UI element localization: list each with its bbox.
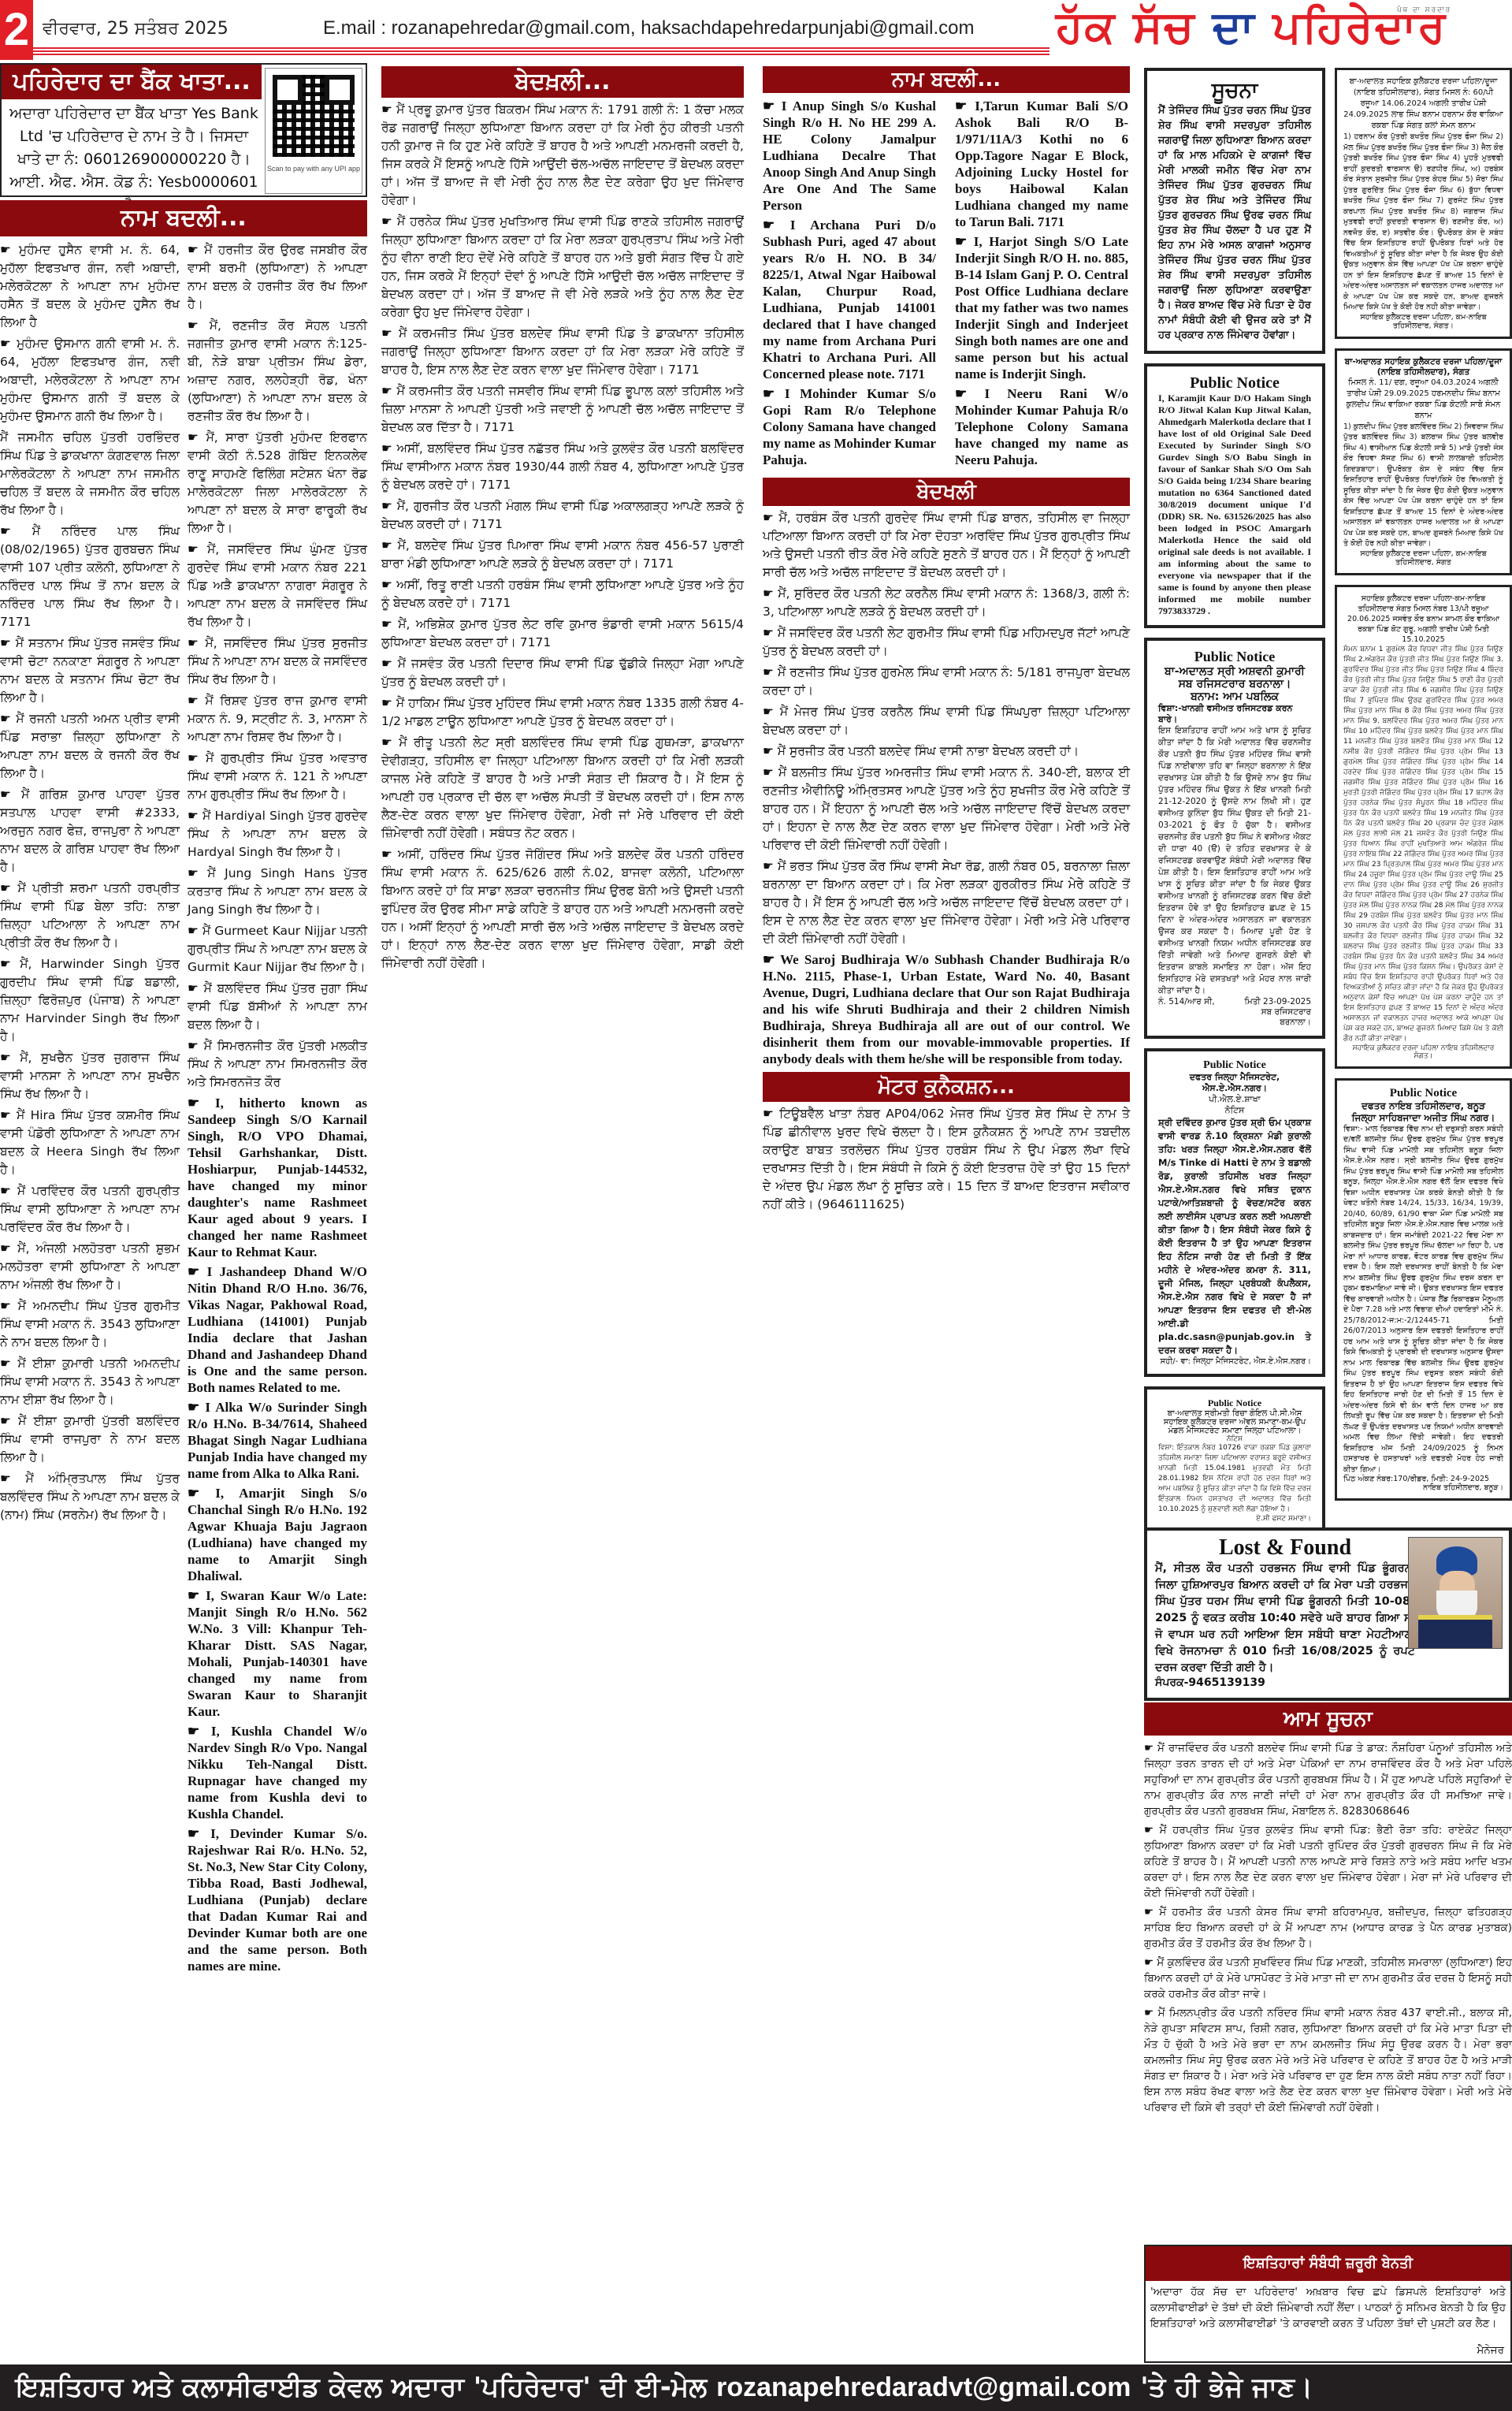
logo-text-2: ਦਾ <box>1213 2 1256 53</box>
list-item: I Archana Puri D/o Subhash Puri, aged 47… <box>763 217 936 382</box>
notice-label: ਨੋਟਿਸ <box>1158 1105 1311 1116</box>
footer-email-link[interactable]: rozanapehredaradvt@gmail.com <box>716 2372 1131 2402</box>
list-item: ਮੈਂ ਅੰਮ੍ਰਿਤਪਾਲ ਸਿੰਘ ਪੁੱਤਰ ਬਲਵਿੰਦਰ ਸਿੰਘ ਨ… <box>0 1470 180 1524</box>
list-item: I Alka W/o Surinder Singh R/o H.No. B-34… <box>188 1399 367 1482</box>
list-item: ਮੈਂ Hira ਸਿੰਘ ਪੁੱਤਰ ਕਸ਼ਮੀਰ ਸਿੰਘ ਵਾਸੀ ਪੰਡ… <box>0 1107 180 1179</box>
list-item: ਮੈਂ ਸਤਨਾਮ ਸਿੰਘ ਪੁੱਤਰ ਜਸਵੰਤ ਸਿੰਘ ਵਾਸੀ ਚੋਟ… <box>0 634 180 707</box>
signatory-title: ਸਬ ਰਜਿਸਟਰਾਰ <box>1158 1007 1311 1018</box>
notice-body: ਸ਼੍ਰੀ ਦਵਿੰਦਰ ਕੁਮਾਰ ਪੁੱਤਰ ਸ਼੍ਰੀ ਓਮ ਪ੍ਰਕਾਸ… <box>1158 1116 1311 1357</box>
suchna-text: ਮੈਂ ਤੇਜਿੰਦਰ ਸਿੰਘ ਪੁੱਤਰ ਚਰਨ ਸਿੰਘ ਪੁੱਤਰ ਸ਼… <box>1158 103 1311 343</box>
list-item: ਮੈਂ, ਅਭਿਸ਼ੇਕ ਕੁਮਾਰ ਪੁੱਤਰ ਲੇਟ ਰਵਿ ਕੁਮਾਰ ਭ… <box>381 616 744 652</box>
list-item: ਮੈਂ ਬਲਜੀਤ ਸਿੰਘ ਪੁੱਤਰ ਅਮਰਜੀਤ ਸਿੰਘ ਵਾਸੀ ਮਕ… <box>763 764 1130 854</box>
list-item: ਮੈਂ, ਹਰਬੰਸ ਕੌਰ ਪਤਨੀ ਗੁਰਦੇਵ ਸਿੰਘ ਵਾਸੀ ਪਿੰ… <box>763 509 1130 582</box>
list-item: ਅਸੀਂ, ਰਿਤੂ ਰਾਣੀ ਪਤਨੀ ਹਰਬੰਸ ਸਿੰਘ ਵਾਸੀ ਲੁਧ… <box>381 576 744 612</box>
name-change-list-left: ਮੁਹੰਮਦ ਹੁਸੈਨ ਵਾਸੀ ਮ. ਨੰ. 64, ਮੁਹੱਲਾ ਇਫਤਖ… <box>0 241 180 1978</box>
list-item: ਮੈਂ ਈਸ਼ਾ ਕੁਮਾਰੀ ਪਤਨੀ ਅਮਨਦੀਪ ਸਿੰਘ ਵਾਸੀ ਮਕ… <box>0 1355 180 1409</box>
court-summons-sangat-3: ਸਹਾਇਕ ਕੁਲੈਕਟਰ ਦਰਜਾ ਪਹਿਲਾ-ਕਮ-ਨਾਇਬ ਤਹਿਸੀਲਦ… <box>1335 585 1512 1069</box>
list-item: ਮੈਂ, ਗੁਰਜੀਤ ਕੌਰ ਪਤਨੀ ਮੰਗਲ ਸਿੰਘ ਵਾਸੀ ਪਿੰਡ… <box>381 497 744 534</box>
signatory: ਏ.ਸੀ ਫਸਟ ਸਮਾਣਾ। <box>1158 1515 1311 1523</box>
list-item: ਮੈਂ, ਜਸਵਿੰਦਰ ਸਿੰਘ ਪੁੱਤਰ ਸੁਰਜੀਤ ਸਿੰਘ ਨੇ ਆ… <box>188 634 367 689</box>
list-item: ਮੈਂ ਪਰਵਿੰਦਰ ਕੌਰ ਪਤਨੀ ਗੁਰਪ੍ਰੀਤ ਸਿੰਘ ਵਾਸੀ … <box>0 1182 180 1237</box>
list-item: ਮੈਂ ਅਮਨਦੀਪ ਸਿੰਘ ਪੁੱਤਰ ਗੁਰਮੀਤ ਸਿੰਘ ਵਾਸੀ ਮ… <box>0 1297 180 1352</box>
name-change-column: ਨਾਮ ਬਦਲੀ... ਮੁਹੰਮਦ ਹੁਸੈਨ ਵਾਸੀ ਮ. ਨੰ. 64,… <box>0 200 367 1978</box>
page-number: 2 <box>0 0 33 60</box>
list-item: ਮੈਂ Hardiyal Singh ਪੁੱਤਰ ਗੁਰਦੇਵ ਸਿੰਘ ਨੇ … <box>188 807 367 861</box>
section-header-name-change: ਨਾਮ ਬਦਲੀ... <box>0 200 367 236</box>
section-header-bedakhli: ਬੇਦਖ਼ਲੀ... <box>381 66 744 98</box>
court-summons-sangat-2: ਬਾ-ਅਦਾਲਤ ਸਹਾਇਕ ਕੁਲੈਕਟਰ ਦਰਜਾ ਪਹਿਲਾ/ਦੂਜਾ (… <box>1335 348 1512 575</box>
lost-and-found-notice: Lost & Found ਮੈਂ, ਸੀਤਲ ਕੌਰ ਪਤਨੀ ਹਰਭਜਨ ਸਿ… <box>1144 1527 1512 1701</box>
summons-body: 1) ਕੁਲਦੀਪ ਸਿੰਘ ਪੁੱਤਰ ਬਲਵਿੰਦਰ ਸਿੰਘ 2) ਸਿਵ… <box>1343 422 1503 549</box>
public-notice-title: Public Notice <box>1158 1059 1311 1072</box>
list-item: ਮੈਂ, ਅੰਜਲੀ ਮਲਹੋਤਰਾ ਪਤਨੀ ਸ਼ੁਭਮ ਮਲਹੋਤਰਾ ਵਾ… <box>0 1240 180 1294</box>
list-item: ਮੈਂ ਹਰਪ੍ਰੀਤ ਸਿੰਘ ਪੁੱਤਰ ਕੁਲਵੰਤ ਸਿੰਘ ਵਾਸੀ … <box>1144 1822 1512 1901</box>
summons-body: 1) ਹਰਨਾਮ ਕੌਰ ਪੁੱਤਰੀ ਬਖਤੌਰ ਸਿੰਘ ਪੁੱਤਰ ਫੌਜ… <box>1343 132 1503 313</box>
contact-email: E.mail : rozanapehredar@gmail.com, haksa… <box>323 17 974 39</box>
list-item: We Saroj Budhiraja W/o Subhash Chander B… <box>763 951 1130 1067</box>
qr-code-icon <box>273 75 355 157</box>
signatory: ਸਹਾਇਕ ਕੁਲੈਕਟਰ ਦਰਜਾ ਪਹਿਲਾ ਨਾਇਬ ਤਹਿਸੀਲਦਾਰ … <box>1343 1044 1503 1060</box>
signatory-place: ਬਰਨਾਲਾ। <box>1158 1018 1311 1028</box>
district-name: ਜਿਲ੍ਹਾ ਸਾਹਿਬਜਾਦਾ ਅਜੀਤ ਸਿੰਘ ਨਗਰ। <box>1343 1112 1503 1124</box>
office-name: ਦਫਤਰ ਨਾਇਬ ਤਹਿਸੀਲਦਾਰ, ਬਨੂੜ <box>1343 1100 1503 1112</box>
list-item: ਮੈਂ ਗੁਰਪ੍ਰੀਤ ਸਿੰਘ ਪੁੱਤਰ ਅਵਤਾਰ ਸਿੰਘ ਵਾਸੀ … <box>188 750 367 804</box>
qr-caption: Scan to pay with any UPI app <box>266 165 362 173</box>
court-name: ਬਾ-ਅਦਾਲਤ ਸ੍ਰੀਮਤੀ ਰਿਚਾ ਗੋਇਲ ਪੀ.ਸੀ.ਐਸ ਸਹਾਇ… <box>1158 1409 1311 1435</box>
public-notice-mutation: Public Notice ਬਾ-ਅਦਾਲਤ ਸ੍ਰੀਮਤੀ ਰਿਚਾ ਗੋਇਲ… <box>1144 1386 1325 1534</box>
list-item: ਮੈਂ ਕਰਮਜੀਤ ਕੌਰ ਪਤਨੀ ਜਸਵੀਰ ਸਿੰਘ ਵਾਸੀ ਪਿੰਡ… <box>381 382 744 437</box>
list-item: I, hitherto known as Sandeep Singh S/O K… <box>188 1095 367 1260</box>
section-header-bedakhli-2: ਬੇਦਖਲੀ <box>763 478 1130 506</box>
signatory: ਸਹਾਇਕ ਕੁਲੈਕਟਰ ਦਰਜਾ ਪਹਿਲਾ, ਕਮ-ਨਾਇਬ ਤਹਿਸੀਲ… <box>1343 549 1503 567</box>
notice-body: ਇਸ ਇਸ਼ਤਿਹਾਰ ਰਾਹੀਂ ਆਮ ਅਤੇ ਖਾਸ ਨੂੰ ਸੂਚਿਤ ਕ… <box>1158 725 1311 997</box>
list-item: ਮੈਂ Gurmeet Kaur Nijjar ਪਤਨੀ ਗੁਰਪ੍ਰੀਤ ਸਿ… <box>188 922 367 977</box>
court-header: ਸਹਾਇਕ ਕੁਲੈਕਟਰ ਦਰਜਾ ਪਹਿਲਾ-ਕਮ-ਨਾਇਬ ਤਹਿਸੀਲਦ… <box>1343 593 1503 645</box>
addressee: ਬਨਾਮ: ਆਮ ਪਬਲਿਕ <box>1158 690 1311 703</box>
list-item: ਮੈਂ ਰਜਨੀ ਪਤਨੀ ਅਮਨ ਪ੍ਰੀਤ ਵਾਸੀ ਪਿੰਡ ਸਰਾਭਾ … <box>0 710 180 783</box>
section-header-general-notice: ਆਮ ਸੂਚਨਾ <box>1144 1702 1512 1736</box>
list-item: ਮੈਂ ਭਰਤ ਸਿੰਘ ਪੁੱਤਰ ਕੌਰ ਸਿੰਘ ਵਾਸੀ ਸੇਖਾ ਰੋ… <box>763 858 1130 948</box>
list-item: ਮੈਂ ਨਰਿੰਦਰ ਪਾਲ ਸਿੰਘ (08/02/1965) ਪੁੱਤਰ ਗ… <box>0 523 180 631</box>
list-item: ਮੈਂ ਜਸਵੰਤ ਕੌਰ ਪਤਨੀ ਦਿਦਾਰ ਸਿੰਘ ਵਾਸੀ ਪਿੰਡ … <box>381 655 744 691</box>
summons-body: ਸੰਮਨ ਬਨਾਮ 1 ਗੁਰਮੇਲ ਕੌਰ ਵਿਧਵਾ ਜੀਤ ਸਿੰਘ ਪੁ… <box>1343 645 1503 1044</box>
signatory: ਸਹੀ/- ਵਾ: ਜਿਲ੍ਹਾ ਮੈਜਿਸਟਰੇਟ, ਐਸ.ਏ.ਐਸ.ਨਗਰ। <box>1158 1357 1311 1366</box>
subject: ਵਿਸ਼ਾ:-ਖਾਨਗੀ ਵਸੀਅਤ ਰਜਿਸਟਰਡ ਕਰਨ ਬਾਰੇ। <box>1158 703 1311 725</box>
disinheritance-column: ਬੇਦਖ਼ਲੀ... ਮੈਂ ਪ੍ਰਭੂ ਕੁਮਾਰ ਪੁੱਤਰ ਬਿਕਰਮ ਸ… <box>381 66 744 976</box>
list-item: ਮੈਂ, ਜਸਵਿੰਦਰ ਸਿੰਘ ਘੁੰਮਣ ਪੁੱਤਰ ਗੁਰਦੇਵ ਸਿੰ… <box>188 541 367 631</box>
list-item: ਮੈਂ, ਸੁਰਿੰਦਰ ਕੌਰ ਪਤਨੀ ਲੇਟ ਕਰਨੈਲ ਸਿੰਘ ਵਾਸ… <box>763 585 1130 621</box>
list-item: ਮੈਂ ਜਸਮੀਨ ਚਹਿਲ ਪੁੱਤਰੀ ਹਰਭਿੰਦਰ ਸਿੰਘ ਪਿੰਡ … <box>0 429 180 519</box>
court-summons-sangat-1: ਬਾ-ਅਦਾਲਤ ਸਹਾਇਕ ਕੁਲੈਕਟਰ ਦਰਜਾ ਪਹਿਲਾ/ਦੂਜਾ (… <box>1335 68 1512 339</box>
column-three: ਨਾਮ ਬਦਲੀ... I Anup Singh S/o Kushal Sing… <box>763 66 1130 1217</box>
public-notice-firecracker-license: Public Notice ਦਫਤਰ ਜਿਲ੍ਹਾ ਮੈਜਿਸਟਰੇਟ, ਐਸ.… <box>1144 1048 1325 1377</box>
public-notice-title: Public Notice <box>1158 1397 1311 1409</box>
list-item: I, Devinder Kumar S/o. Rajeshwar Rai R/o… <box>188 1825 367 1974</box>
list-item: ਮੈਂ ਰਿਸ਼ਵ ਪੁੱਤਰ ਰਾਜ ਕੁਮਾਰ ਵਾਸੀ ਮਕਾਨ ਨੰ. … <box>188 692 367 746</box>
list-item: ਮੁਹੰਮਦ ਉਸਮਾਨ ਗਨੀ ਵਾਸੀ ਮ. ਨੰ. 64, ਮੁਹੱਲਾ … <box>0 335 180 426</box>
public-notice-title: Public Notice <box>1158 374 1311 393</box>
list-item: ਮੈਂ ਗਰਿਸ਼ ਕੁਮਾਰ ਪਾਹਵਾ ਪੁੱਤਰ ਸਤਪਾਲ ਪਾਹਵਾ … <box>0 786 180 876</box>
list-item: ਅਸੀਂ, ਹਰਿੰਦਰ ਸਿੰਘ ਪੁੱਤਰ ਜੋਗਿੰਦਰ ਸਿੰਘ ਅਤੇ… <box>381 846 744 973</box>
court-header: ਬਾ-ਅਦਾਲਤ ਸਹਾਇਕ ਕੁਲੈਕਟਰ ਦਰਜਾ ਪਹਿਲਾ/ਦੂਜਾ (… <box>1343 76 1503 132</box>
list-item: ਮੈਂ Jung Singh Hans ਪੁੱਤਰ ਕਰਤਾਰ ਸਿੰਘ ਨੇ … <box>188 865 367 919</box>
disclaimer-header: ਇਸ਼ਤਿਹਾਰਾਂ ਸੰਬੰਧੀ ਜ਼ਰੂਰੀ ਬੇਨਤੀ <box>1146 2246 1510 2281</box>
logo-text-1: ਹੱਕ ਸੱਚ <box>1056 2 1213 53</box>
list-item: ਮੈਂ, Harwinder Singh ਪੁੱਤਰ ਗੁਰਦੀਪ ਸਿੰਘ ਵ… <box>0 955 180 1046</box>
section-header-motor: ਮੋਟਰ ਕੁਨੈਕਸ਼ਨ... <box>763 1072 1130 1102</box>
notice-label: ਨੋਟਿਸ <box>1158 1435 1311 1443</box>
list-item: I, Amarjit Singh S/o Chanchal Singh R/o … <box>188 1485 367 1584</box>
motor-connection-notice: ਟਿਊਬਵੈੱਲ ਖਾਤਾ ਨੰਬਰ AP04/062 ਮੇਜਰ ਸਿੰਘ ਪੁ… <box>763 1105 1130 1214</box>
case-meta: ਮਿਸਲ ਨੰ. 11/ ਦਗ, ਰਜੂਆ 04.03.2024 ਅਗਲੀ ਤਾ… <box>1343 378 1503 422</box>
list-item: ਮੈਂ, ਸਾਰਾ ਪੁੱਤਰੀ ਮੁਹੰਮਦ ਇਰਫਾਨ ਵਾਸੀ ਕੋਠੀ … <box>188 429 367 538</box>
notice-body: ਵਿਸ਼ਾ: ਇੰਤਕਾਲ ਨੰਬਰ 10726 ਵਾਕਾ ਰਕਬਾ ਪਿੰਡ … <box>1158 1443 1311 1515</box>
reference-number: ਪਿੰਠ ਅੰਕਣ ਨੰਬਰ:170/ਰੀਡਰ, ਮਿਤੀ: 24-9-2025 <box>1343 1475 1503 1483</box>
newspaper-logo: ਹੱਕ ਸੱਚ ਦਾ ਪਹਿਰੇਦਾਰ ਪੰਥ ਦਾ ਸਰਦਾਰ <box>1056 2 1447 54</box>
missing-person-photo <box>1408 1537 1503 1649</box>
list-item: I Mohinder Kumar S/o Gopi Ram R/o Teleph… <box>763 385 936 468</box>
name-change-list-right: ਮੈਂ ਹਰਜੀਤ ਕੌਰ ਉਰਫ ਜਸਬੀਰ ਕੌਰ ਵਾਸੀ ਬਰਮੀ (ਲ… <box>188 241 367 1978</box>
list-item: ਮੈਂ ਜਸਵਿੰਦਰ ਕੌਰ ਪਤਨੀ ਲੇਟ ਗੁਰਮੀਤ ਸਿੰਘ ਵਾਸ… <box>763 624 1130 660</box>
header-rule <box>33 47 1049 55</box>
section-header-name-change-en: ਨਾਮ ਬਦਲੀ... <box>763 66 1130 93</box>
list-item: ਮੈਂ ਪ੍ਰੀਤੀ ਸ਼ਰਮਾ ਪਤਨੀ ਹਰਪ੍ਰੀਤ ਸਿੰਘ ਵਾਸੀ … <box>0 880 180 952</box>
list-item: ਮੈਂ ਰਣਜੀਤ ਸਿੰਘ ਪੁੱਤਰ ਗੁਰਮੇਲ ਸਿੰਘ ਵਾਸੀ ਮਕ… <box>763 664 1130 700</box>
list-item: ਮੈਂ ਮਿਲਨਪ੍ਰੀਤ ਕੌਰ ਪਤਨੀ ਨਰਿੰਦਰ ਸਿੰਘ ਵਾਸੀ … <box>1144 2005 1512 2115</box>
disclaimer-text: 'ਅਦਾਰਾ ਹੱਕ ਸੱਚ ਦਾ ਪਹਿਰੇਦਾਰ' ਅਖ਼ਬਾਰ ਵਿਚ ਛ… <box>1146 2281 1510 2331</box>
public-notice-title: Public Notice <box>1158 649 1311 665</box>
court-name: ਬਾ-ਅਦਾਲਤ ਸ੍ਰੀ ਅਸ਼ਵਨੀ ਕੁਮਾਰੀ ਸਬ ਰਜਿਸਟਰਾਰ … <box>1158 665 1311 690</box>
list-item: ਮੈਂ ਕਰਮਜੀਤ ਸਿੰਘ ਪੁੱਤਰ ਬਲਦੇਵ ਸਿੰਘ ਵਾਸੀ ਪਿ… <box>381 325 744 379</box>
public-notice-banur: Public Notice ਦਫਤਰ ਨਾਇਬ ਤਹਿਸੀਲਦਾਰ, ਬਨੂੜ … <box>1335 1078 1512 1501</box>
list-item: ਮੁਹੰਮਦ ਹੁਸੈਨ ਵਾਸੀ ਮ. ਨੰ. 64, ਮੁਹੱਲਾ ਇਫਤਖ… <box>0 241 180 332</box>
masthead: 2 ਵੀਰਵਾਰ, 25 ਸਤੰਬਰ 2025 E.mail : rozanap… <box>0 0 1512 60</box>
bank-title: ਪਹਿਰੇਦਾਰ ਦਾ ਬੈਂਕ ਖਾਤਾ... <box>2 65 262 99</box>
reference-number: ਨੰ. 514/ਆਰ ਸੀ, <box>1158 997 1215 1007</box>
list-item: I Neeru Rani W/o Mohinder Kumar Pahuja R… <box>955 385 1128 468</box>
signatory: ਨਾਇਬ ਤਹਿਸੀਲਦਾਰ, ਬਨੂੜ। <box>1343 1483 1503 1492</box>
list-item: I Anup Singh S/o Kushal Singh R/o H. No … <box>763 98 936 214</box>
public-notice-text: I, Karamjit Kaur D/O Hakam Singh R/O Jit… <box>1158 393 1311 617</box>
public-notice-will-registration: Public Notice ਬਾ-ਅਦਾਲਤ ਸ੍ਰੀ ਅਸ਼ਵਨੀ ਕੁਮਾਰ… <box>1144 638 1325 1039</box>
en-notices-right: I,Tarun Kumar Bali S/O Ashok Bali R/O B-… <box>955 98 1128 471</box>
general-notice-section: ਆਮ ਸੂਚਨਾ ਮੈਂ ਰਾਜਵਿੰਦਰ ਕੌਰ ਪਤਨੀ ਬਲਦੇਵ ਸਿੰ… <box>1144 1702 1512 2119</box>
list-item: ਮੈਂ ਹਰਮੀਤ ਕੌਰ ਪਤਨੀ ਕੇਸਰ ਸਿੰਘ ਵਾਸੀ ਬਹਿਰਾਮ… <box>1144 1904 1512 1951</box>
notices-right-subcolumn: ਬਾ-ਅਦਾਲਤ ਸਹਾਇਕ ਕੁਲੈਕਟਰ ਦਰਜਾ ਪਹਿਲਾ/ਦੂਜਾ (… <box>1335 68 1512 1501</box>
list-item: ਮੈਂ ਸਿਮਰਨਜੀਤ ਕੌਰ ਪੁੱਤਰੀ ਮਲਕੀਤ ਸਿੰਘ ਨੇ ਆਪ… <box>188 1037 367 1092</box>
list-item: ਮੈਂ ਈਸ਼ਾ ਕੁਮਾਰੀ ਪੁੱਤਰੀ ਬਲਵਿੰਦਰ ਸਿੰਘ ਵਾਸੀ… <box>0 1412 180 1467</box>
upi-qr-code[interactable]: Scan to pay with any UPI app <box>265 68 362 194</box>
list-item: I, Harjot Singh S/O Late Inderjit Singh … <box>955 233 1128 382</box>
list-item: ਮੈਂ ਰੀਤੂ ਪਤਨੀ ਲੇਟ ਸ੍ਰੀ ਬਲਵਿੰਦਰ ਸਿੰਘ ਵਾਸੀ… <box>381 734 744 843</box>
list-item: ਮੈਂ, ਬਲਦੇਵ ਸਿੰਘ ਪੁੱਤਰ ਪਿਆਰਾ ਸਿੰਘ ਵਾਸੀ ਮਕ… <box>381 537 744 573</box>
list-item: ਮੈਂ ਰਾਜਵਿੰਦਰ ਕੌਰ ਪਤਨੀ ਬਲਦੇਵ ਸਿੰਘ ਵਾਸੀ ਪਿ… <box>1144 1740 1512 1819</box>
list-item: ਮੈਂ ਹਾਕਿਮ ਸਿੰਘ ਪੁੱਤਰ ਮੁਹਿੰਦਰ ਸਿੰਘ ਵਾਸੀ ਮ… <box>381 694 744 731</box>
list-item: ਮੈਂ ਹਰਨੇਕ ਸਿੰਘ ਪੁੱਤਰ ਮੁਖਤਿਆਰ ਸਿੰਘ ਵਾਸੀ ਪ… <box>381 213 744 322</box>
notices-left-subcolumn: ਸੂਚਨਾ ਮੈਂ ਤੇਜਿੰਦਰ ਸਿੰਘ ਪੁੱਤਰ ਚਰਨ ਸਿੰਘ ਪੁ… <box>1144 68 1325 1534</box>
footer-banner: ਇਸ਼ਤਿਹਾਰ ਅਤੇ ਕਲਾਸੀਫਾਈਡ ਕੇਵਲ ਅਦਾਰਾ 'ਪਹਿਰੇ… <box>0 2364 1512 2411</box>
lost-found-text: ਮੈਂ, ਸੀਤਲ ਕੌਰ ਪਤਨੀ ਹਰਭਜਨ ਸਿੰਘ ਵਾਸੀ ਪਿੰਡ … <box>1155 1561 1415 1676</box>
public-notice-title: Public Notice <box>1343 1087 1503 1100</box>
signatory: ਸਬ ਰਜਿਸਟਰਾਰ ਬਰਨਾਲਾ। <box>1158 1007 1311 1028</box>
list-item: I, Swaran Kaur W/o Late: Manjit Singh R/… <box>188 1587 367 1720</box>
list-item: I, Kushla Chandel W/o Nardev Singh R/o V… <box>188 1723 367 1822</box>
notice-date: ਮਿਤੀ 23-09-2025 <box>1244 997 1311 1007</box>
en-notices-left: I Anup Singh S/o Kushal Singh R/o H. No … <box>763 98 936 471</box>
logo-tagline: ਪੰਥ ਦਾ ਸਰਦਾਰ <box>1397 6 1451 14</box>
contact-number: ਸੰਪਰਕ-9465139139 <box>1155 1676 1501 1689</box>
office-name: ਦਫਤਰ ਜਿਲ੍ਹਾ ਮੈਜਿਸਟਰੇਟ, ਐਸ.ਏ.ਐਸ.ਨਗਰ। <box>1158 1072 1311 1094</box>
court-header: ਬਾ-ਅਦਾਲਤ ਸਹਾਇਕ ਕੁਲੈਕਟਰ ਦਰਜਾ ਪਹਿਲਾ/ਦੂਜਾ (… <box>1343 357 1503 378</box>
suchna-notice: ਸੂਚਨਾ ਮੈਂ ਤੇਜਿੰਦਰ ਸਿੰਘ ਪੁੱਤਰ ਚਰਨ ਸਿੰਘ ਪੁ… <box>1144 68 1325 354</box>
list-item: ਮੈਂ ਬਲਵਿੰਦਰ ਸਿੰਘ ਪੁੱਤਰ ਜੁਗਾ ਸਿੰਘ ਵਾਸੀ ਪਿ… <box>188 980 367 1034</box>
lost-found-title: Lost & Found <box>1155 1535 1415 1561</box>
list-item: I Jashandeep Dhand W/O Nitin Dhand R/O H… <box>188 1263 367 1396</box>
list-item: ਮੈਂ ਹਰਜੀਤ ਕੌਰ ਉਰਫ ਜਸਬੀਰ ਕੌਰ ਵਾਸੀ ਬਰਮੀ (ਲ… <box>188 241 367 314</box>
disclaimer-signatory: ਮੈਨੇਜਰ <box>1477 2344 1504 2357</box>
list-item: ਅਸੀਂ, ਬਲਵਿੰਦਰ ਸਿੰਘ ਪੁੱਤਰ ਨਛੱਤਰ ਸਿੰਘ ਅਤੇ … <box>381 440 744 494</box>
list-item: I,Tarun Kumar Bali S/O Ashok Bali R/O B-… <box>955 98 1128 230</box>
public-notice-lost-deed: Public Notice I, Karamjit Kaur D/O Hakam… <box>1144 363 1325 628</box>
footer-text-before: ਇਸ਼ਤਿਹਾਰ ਅਤੇ ਕਲਾਸੀਫਾਈਡ ਕੇਵਲ ਅਦਾਰਾ 'ਪਹਿਰੇ… <box>16 2372 716 2403</box>
list-item: ਮੈਂ ਕੁਲਵਿੰਦਰ ਕੌਰ ਪਤਨੀ ਸੁਖਵਿੰਦਰ ਸਿੰਘ ਪਿੰਡ… <box>1144 1955 1512 2002</box>
list-item: ਮੈਂ ਸੁਰਜੀਤ ਕੌਰ ਪਤਨੀ ਬਲਦੇਵ ਸਿੰਘ ਵਾਸੀ ਨਾਭਾ… <box>763 742 1130 761</box>
suchna-title: ਸੂਚਨਾ <box>1158 79 1311 103</box>
bank-account-box: ਪਹਿਰੇਦਾਰ ਦਾ ਬੈਂਕ ਖਾਤਾ... ਅਦਾਰਾ ਪਹਿਰੇਦਾਰ … <box>0 63 367 197</box>
advertising-disclaimer: ਇਸ਼ਤਿਹਾਰਾਂ ਸੰਬੰਧੀ ਜ਼ਰੂਰੀ ਬੇਨਤੀ 'ਅਦਾਰਾ ਹੱ… <box>1144 2245 1512 2363</box>
list-item: ਮੈਂ, ਰਣਜੀਤ ਕੌਰ ਸੋਹਲ ਪਤਨੀ ਜਗਜੀਤ ਕੁਮਾਰ ਵਾਸ… <box>188 317 367 426</box>
list-item: ਮੈਂ, ਸੁਖਚੈਨ ਪੁੱਤਰ ਜੁਗਰਾਜ ਸਿੰਘ ਵਾਸੀ ਮਾਨਸਾ… <box>0 1049 180 1103</box>
notice-body: ਵਿਸ਼ਾ:- ਮਾਲ ਰਿਕਾਰਡ ਵਿੱਚ ਨਾਮ ਦੀ ਦਰੁਸਤੀ ਕਰ… <box>1343 1124 1503 1475</box>
issue-date: ਵੀਰਵਾਰ, 25 ਸਤੰਬਰ 2025 <box>43 19 228 39</box>
signatory: ਸਹਾਇਕ ਕੁਲੈਕਟਰ ਦਰਜਾ ਪਹਿਲਾ, ਕਮ-ਨਾਇਬ ਤਹਿਸੀਲ… <box>1343 313 1503 330</box>
list-item: ਮੈਂ ਪ੍ਰਭੂ ਕੁਮਾਰ ਪੁੱਤਰ ਬਿਕਰਮ ਸਿੰਘ ਮਕਾਨ ਨੰ… <box>381 101 744 210</box>
list-item: ਮੈਂ ਮੇਜਰ ਸਿੰਘ ਪੁੱਤਰ ਕਰਨੈਲ ਸਿੰਘ ਵਾਸੀ ਪਿੰਡ… <box>763 703 1130 739</box>
footer-text-after: 'ਤੇ ਹੀ ਭੇਜੇ ਜਾਣ। <box>1140 2372 1313 2403</box>
branch-name: ਪੀ.ਐਲ.ਏ.ਸ਼ਾਖਾ <box>1158 1094 1311 1105</box>
